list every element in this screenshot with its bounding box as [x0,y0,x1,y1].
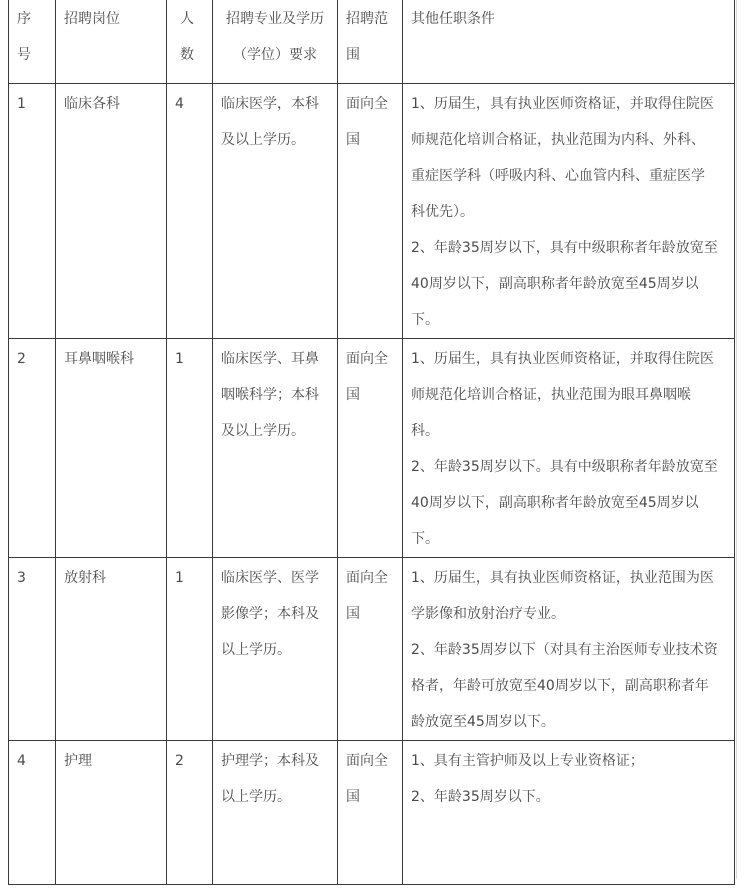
cell-major-education: 护理学；本科及 以上学历。 [213,741,338,885]
scope-line: 面向全 [346,341,394,377]
scope-line: 面向全 [346,743,394,779]
cell-scope: 面向全 国 [338,558,403,741]
condition-line: 科优先）。 [411,194,726,230]
header-text: 招聘范 [346,1,394,37]
scope-line: 面向全 [346,86,394,122]
major-line: 咽喉科学；本科 [221,377,329,413]
condition-line: 2、年龄35周岁以下，具有中级职称者年龄放宽至 [411,230,726,266]
cell-headcount: 1 [167,558,213,741]
condition-line: 格者，年龄可放宽至40周岁以下，副高职称者年 [411,668,726,704]
cell-other-conditions: 1、历届生，具有执业医师资格证，并取得住院医 师规范化培训合格证，执业范围为眼耳… [403,339,735,558]
table-edge-shadow [736,0,737,879]
header-text: 人 [180,1,204,37]
table-header-row: 序 号 招聘岗位 人 数 招聘专业及学历 （学位）要求 招聘范 围 其他任职条件 [9,0,735,84]
condition-line: 重症医学科（呼吸内科、心血管内科、重症医学 [411,158,726,194]
condition-line: 2、年龄35周岁以下。 [411,779,726,815]
cell-serial-number: 4 [9,741,56,885]
condition-line: 40周岁以下，副高职称者年龄放宽至45周岁以 [411,485,726,521]
header-text: 招聘岗位 [64,1,158,37]
condition-line: 1、历届生，具有执业医师资格证，并取得住院医 [411,86,726,122]
header-text: 招聘专业及学历 [221,1,329,37]
header-serial-number: 序 号 [9,0,56,84]
header-position: 招聘岗位 [56,0,167,84]
major-line: 护理学；本科及 [221,743,329,779]
header-text: 围 [346,37,394,73]
cell-scope: 面向全 国 [338,84,403,339]
condition-line: 40周岁以下，副高职称者年龄放宽至45周岁以 [411,266,726,302]
cell-major-education: 临床医学、医学 影像学；本科及 以上学历。 [213,558,338,741]
header-headcount: 人 数 [167,0,213,84]
condition-line: 师规范化培训合格证，执业范围为内科、外科、 [411,122,726,158]
cell-position: 护理 [56,741,167,885]
header-text: 序 [17,1,47,37]
cell-headcount: 1 [167,339,213,558]
condition-line: 科。 [411,413,726,449]
major-line: 及以上学历。 [221,122,329,158]
table-row: 2 耳鼻咽喉科 1 临床医学、耳鼻 咽喉科学；本科 及以上学历。 面向全 国 1… [9,339,735,558]
cell-position: 放射科 [56,558,167,741]
header-text: （学位）要求 [221,37,329,73]
cell-headcount: 4 [167,84,213,339]
cell-major-education: 临床医学，本科 及以上学历。 [213,84,338,339]
condition-line: 下。 [411,302,726,338]
cell-other-conditions: 1、具有主管护师及以上专业资格证； 2、年龄35周岁以下。 [403,741,735,885]
scope-line: 国 [346,377,394,413]
condition-line: 1、具有主管护师及以上专业资格证； [411,743,726,779]
condition-line: 龄放宽至45周岁以下。 [411,704,726,740]
major-line: 临床医学、医学 [221,560,329,596]
table-row: 4 护理 2 护理学；本科及 以上学历。 面向全 国 1、具有主管护师及以上专业… [9,741,735,885]
condition-line: 2、年龄35周岁以下。具有中级职称者年龄放宽至 [411,449,726,485]
major-line: 及以上学历。 [221,413,329,449]
table-row: 3 放射科 1 临床医学、医学 影像学；本科及 以上学历。 面向全 国 1、历届… [9,558,735,741]
major-line: 临床医学、耳鼻 [221,341,329,377]
condition-line: 1、历届生，具有执业医师资格证，并取得住院医 [411,341,726,377]
table-row: 1 临床各科 4 临床医学，本科 及以上学历。 面向全 国 1、历届生，具有执业… [9,84,735,339]
major-line: 临床医学，本科 [221,86,329,122]
major-line: 影像学；本科及 [221,596,329,632]
cell-serial-number: 3 [9,558,56,741]
cell-scope: 面向全 国 [338,741,403,885]
condition-line: 1、历届生，具有执业医师资格证，执业范围为医 [411,560,726,596]
condition-line: 师规范化培训合格证，执业范围为眼耳鼻咽喉 [411,377,726,413]
cell-headcount: 2 [167,741,213,885]
header-text: 其他任职条件 [411,1,726,37]
scope-line: 国 [346,596,394,632]
header-other-conditions: 其他任职条件 [403,0,735,84]
condition-line: 2、年龄35周岁以下（对具有主治医师专业技术资 [411,632,726,668]
header-major-education: 招聘专业及学历 （学位）要求 [213,0,338,84]
condition-line: 下。 [411,521,726,557]
cell-position: 耳鼻咽喉科 [56,339,167,558]
major-line: 以上学历。 [221,632,329,668]
scope-line: 国 [346,779,394,815]
cell-position: 临床各科 [56,84,167,339]
scope-line: 面向全 [346,560,394,596]
cell-serial-number: 2 [9,339,56,558]
cell-other-conditions: 1、历届生，具有执业医师资格证，执业范围为医 学影像和放射治疗专业。 2、年龄3… [403,558,735,741]
major-line: 以上学历。 [221,779,329,815]
header-scope: 招聘范 围 [338,0,403,84]
scope-line: 国 [346,122,394,158]
condition-line: 学影像和放射治疗专业。 [411,596,726,632]
cell-major-education: 临床医学、耳鼻 咽喉科学；本科 及以上学历。 [213,339,338,558]
cell-serial-number: 1 [9,84,56,339]
header-text: 数 [180,37,204,73]
cell-scope: 面向全 国 [338,339,403,558]
recruitment-table: 序 号 招聘岗位 人 数 招聘专业及学历 （学位）要求 招聘范 围 其他任职条件… [8,0,735,885]
header-text: 号 [17,37,47,73]
cell-other-conditions: 1、历届生，具有执业医师资格证，并取得住院医 师规范化培训合格证，执业范围为内科… [403,84,735,339]
